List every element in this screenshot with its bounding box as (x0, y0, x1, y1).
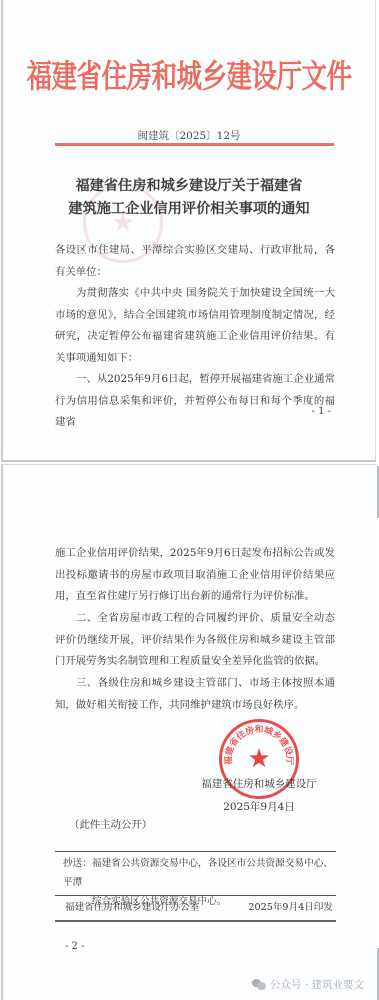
document-number: 闽建筑〔2025〕12号 (3, 128, 375, 143)
signature-block: 福建省住房和城乡建设厅 2025年9月4日 (189, 773, 329, 819)
signature-org: 福建省住房和城乡建设厅 (189, 773, 329, 796)
title-line-2: 建筑施工企业信用评价相关事项的通知 (3, 198, 375, 221)
copy-to-label: 抄送： (63, 858, 92, 869)
title-line-1: 福建省住房和城乡建设厅关于福建省 (3, 175, 375, 198)
wechat-icon (252, 979, 266, 990)
red-divider (55, 143, 334, 146)
page-number-2: - 2 - (65, 941, 84, 952)
issuer: 福建省住房和城乡建设厅办公室 (65, 897, 199, 919)
document-page-1: 福建省住房和城乡建设厅文件 闽建筑〔2025〕12号 ★ 福建省住房和城乡建设厅… (1, 0, 376, 462)
disclosure-note: （此件主动公开） (69, 815, 349, 837)
copy-to-line-1: 福建省公共资源交易中心，各设区市公共资源交易中心、平潭 (63, 858, 333, 888)
watermark: 公众号 · 建筑业要文 (252, 977, 364, 992)
watermark-text: 公众号 · 建筑业要文 (270, 977, 364, 992)
issue-line: 福建省住房和城乡建设厅办公室 2025年9月4日印发 (65, 897, 333, 919)
paragraph-2-continued: 施工企业信用评价结果，2025年9月6日起发布招标公告或发出投标邀请书的房屋市政… (55, 543, 335, 608)
seal-star-icon: ★ (247, 746, 270, 772)
document-page-2: 施工企业信用评价结果，2025年9月6日起发布招标公告或发出投标邀请书的房屋市政… (1, 464, 376, 1000)
issue-bottom-rule (55, 920, 336, 922)
paragraph-2: 一、从2025年9月6日起，暂停开展福建省施工企业通常行为信用信息采集和评价，并… (55, 369, 335, 434)
document-header: 福建省住房和城乡建设厅文件 (3, 52, 375, 97)
issue-date: 2025年9月4日印发 (248, 897, 333, 919)
document-title: 福建省住房和城乡建设厅关于福建省 建筑施工企业信用评价相关事项的通知 (3, 175, 375, 221)
paragraph-1: 为贯彻落实《中共中央 国务院关于加快建设全国统一大市场的意见》，结合全国建筑市场… (55, 283, 335, 369)
paragraph-3: 二、全省房屋市政工程的合同履约评价、质量安全动态评价仍继续开展，评价结果作为各级… (55, 608, 335, 673)
copy-to-bottom-rule (55, 895, 336, 896)
page-number-1: - 1 - (312, 406, 331, 417)
paragraph-4: 三、各级住房和城乡建设主管部门、市场主体按照本通知，做好相关衔接工作，共同维护建… (55, 673, 335, 716)
copy-to-top-rule (55, 851, 336, 852)
addressee: 各设区市住建局、平潭综合实验区交建局、行政审批局，各有关单位： (55, 240, 335, 283)
